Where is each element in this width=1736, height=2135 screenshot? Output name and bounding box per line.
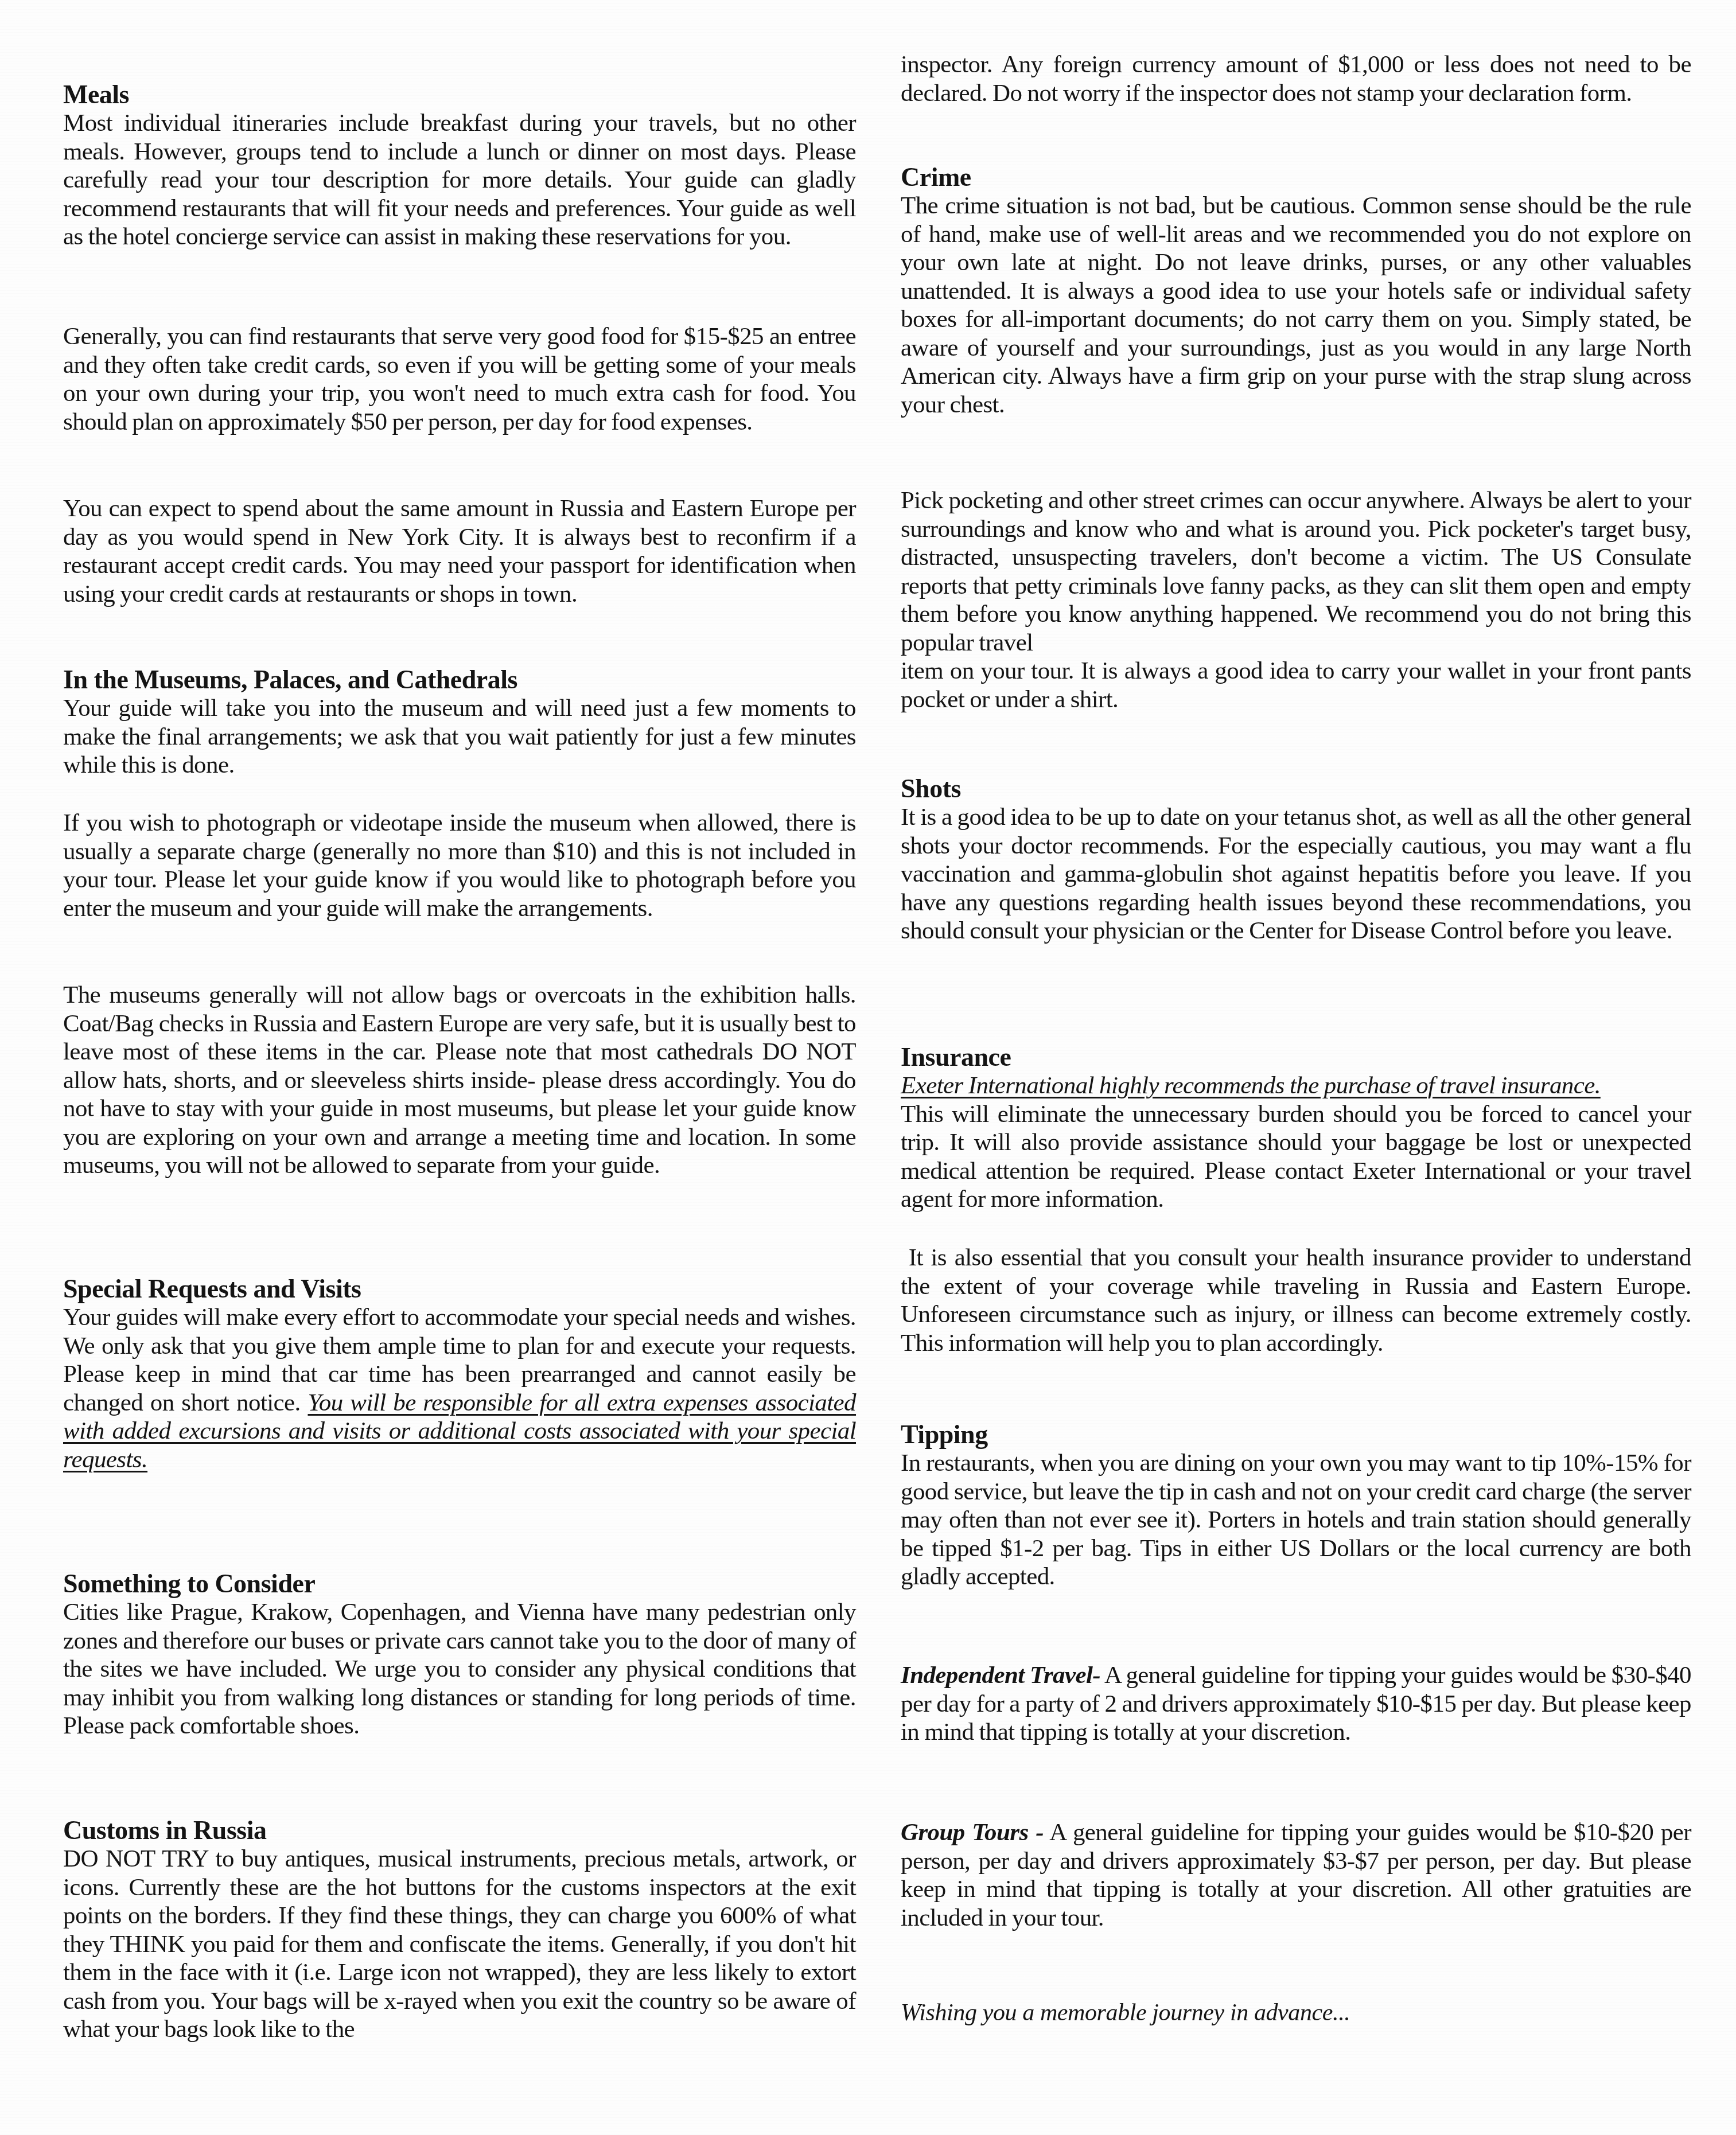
run-in-label: Group Tours - [901,1819,1044,1846]
paragraph: Exeter International highly recommends t… [901,1072,1691,1100]
section-museums: In the Museums, Palaces, and Cathedrals … [63,665,856,780]
section-heading: Customs in Russia [63,1816,856,1845]
tipping-independent-travel: Independent Travel- A general guideline … [901,1661,1691,1747]
paragraph: In restaurants, when you are dining on y… [901,1449,1691,1591]
paragraph: item on your tour. It is always a good i… [901,657,1691,714]
closing-line: Wishing you a memorable journey in advan… [901,1998,1691,2027]
paragraph: Most individual itineraries include brea… [63,109,856,251]
run-in-label: Independent Travel- [901,1662,1100,1689]
tipping-group-tours: Group Tours - A general guideline for ti… [901,1818,1691,1932]
paragraph: This will eliminate the unnecessary burd… [901,1100,1691,1214]
meals-paragraph-2: Generally, you can find restaurants that… [63,322,856,436]
section-tipping: Tipping In restaurants, when you are din… [901,1420,1691,1591]
paragraph: The museums generally will not allow bag… [63,981,856,1180]
paragraph: It is also essential that you consult yo… [901,1244,1691,1357]
museums-paragraph-3: The museums generally will not allow bag… [63,981,856,1180]
section-meals: Meals Most individual itineraries includ… [63,80,856,251]
section-heading: Crime [901,163,1691,192]
paragraph: The crime situation is not bad, but be c… [901,192,1691,419]
paragraph: It is a good idea to be up to date on yo… [901,803,1691,945]
section-heading: In the Museums, Palaces, and Cathedrals [63,665,856,694]
section-heading: Shots [901,774,1691,803]
paragraph: Independent Travel- A general guideline … [901,1661,1691,1747]
paragraph: inspector. Any foreign currency amount o… [901,50,1691,107]
customs-continued: inspector. Any foreign currency amount o… [901,50,1691,107]
paragraph: Your guides will make every effort to ac… [63,1303,856,1474]
section-heading: Tipping [901,1420,1691,1449]
section-heading: Something to Consider [63,1569,856,1598]
insurance-paragraph-2: It is also essential that you consult yo… [901,1244,1691,1357]
closing-text: Wishing you a memorable journey in advan… [901,1998,1691,2027]
paragraph: Group Tours - A general guideline for ti… [901,1818,1691,1932]
section-insurance: Insurance Exeter International highly re… [901,1043,1691,1214]
section-crime: Crime The crime situation is not bad, bu… [901,163,1691,419]
section-special-requests: Special Requests and Visits Your guides … [63,1275,856,1474]
crime-paragraph-2: Pick pocketing and other street crimes c… [901,486,1691,714]
section-shots: Shots It is a good idea to be up to date… [901,774,1691,945]
section-heading: Special Requests and Visits [63,1275,856,1303]
emphasis-underlined-text: Exeter International highly recommends t… [901,1072,1601,1099]
section-something-to-consider: Something to Consider Cities like Prague… [63,1569,856,1740]
paragraph: You can expect to spend about the same a… [63,494,856,608]
paragraph: DO NOT TRY to buy antiques, musical inst… [63,1845,856,2044]
paragraph: Generally, you can find restaurants that… [63,322,856,436]
document-page: Meals Most individual itineraries includ… [0,0,1736,2135]
section-heading: Insurance [901,1043,1691,1072]
paragraph: Pick pocketing and other street crimes c… [901,486,1691,657]
paragraph: Your guide will take you into the museum… [63,694,856,780]
section-customs: Customs in Russia DO NOT TRY to buy anti… [63,1816,856,2044]
museums-paragraph-2: If you wish to photograph or videotape i… [63,809,856,922]
section-heading: Meals [63,80,856,109]
paragraph: Cities like Prague, Krakow, Copenhagen, … [63,1598,856,1740]
meals-paragraph-3: You can expect to spend about the same a… [63,494,856,608]
paragraph: If you wish to photograph or videotape i… [63,809,856,922]
